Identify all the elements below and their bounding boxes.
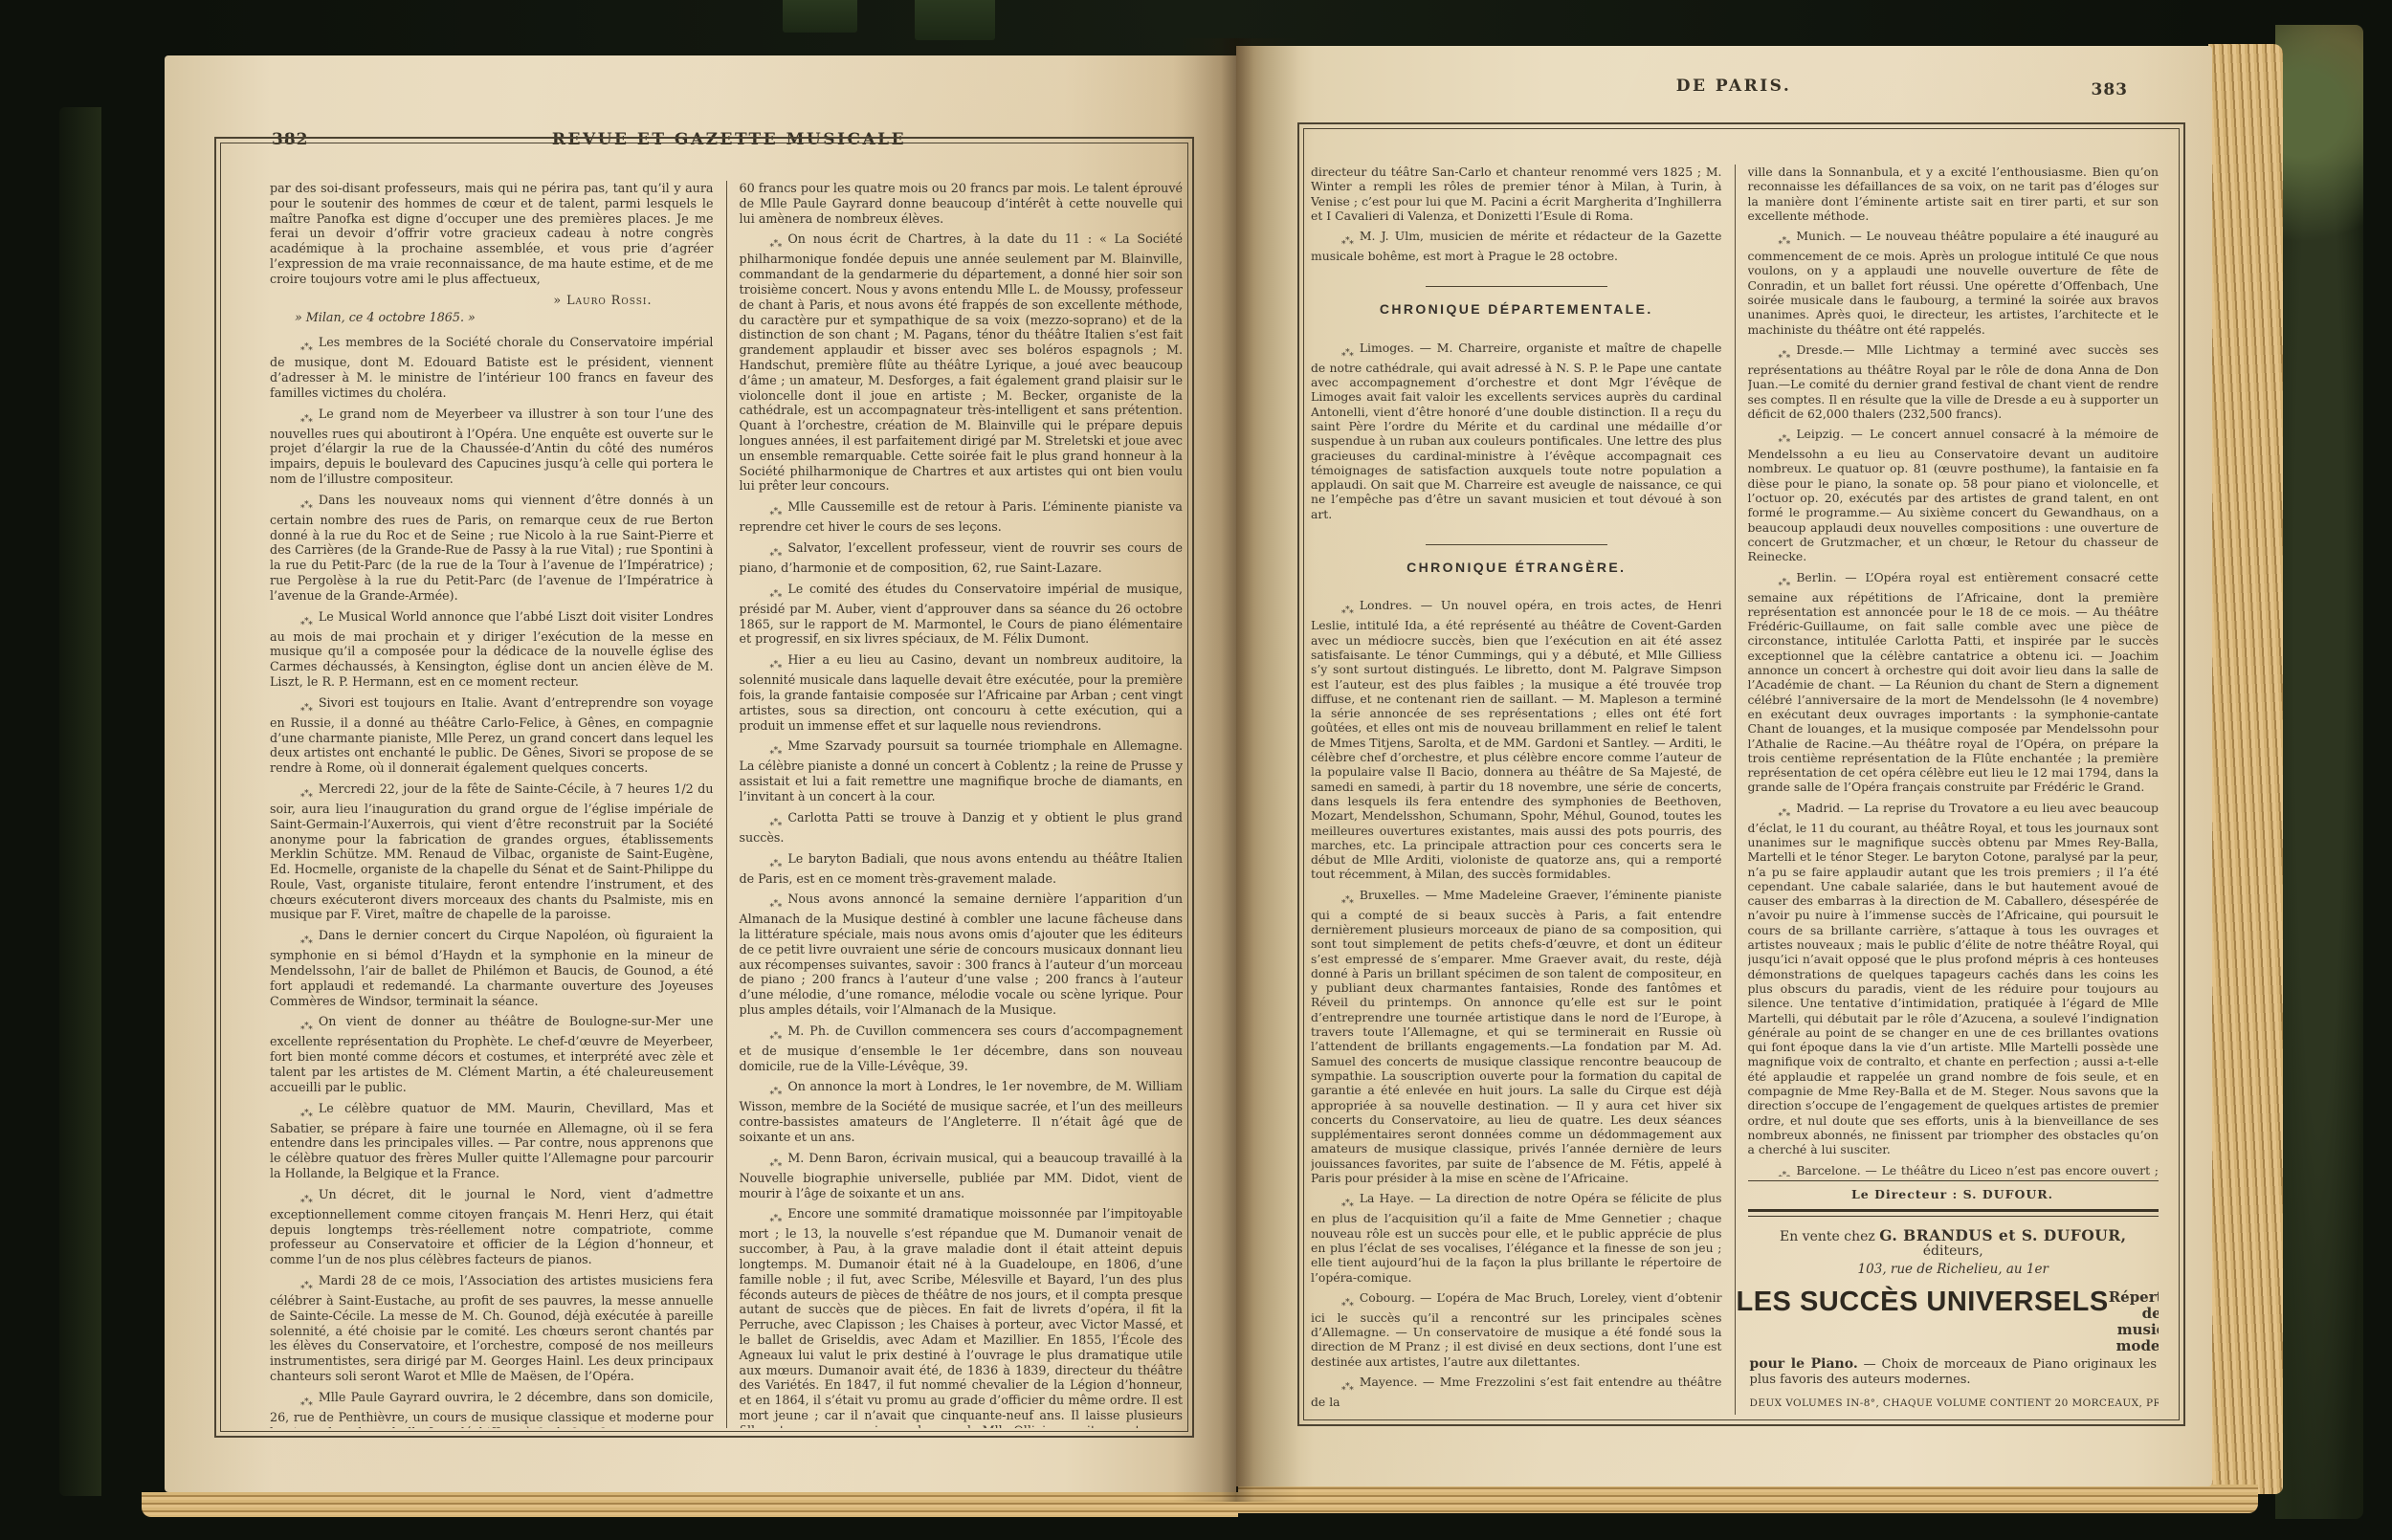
paragraph-text: directeur du téâtre San-Carlo et chanteu… (1311, 165, 1722, 223)
paragraph: ** *On nous écrit de Chartres, à la date… (740, 231, 1184, 494)
paragraph-text: M. Ph. de Cuvillon commencera ses cours … (740, 1023, 1184, 1073)
paragraph: ** *Mlle Caussemille est de retour à Par… (740, 499, 1184, 535)
paragraph: ** *La Haye. — La direction de notre Opé… (1311, 1191, 1722, 1284)
section-divider (1426, 286, 1607, 287)
right-page-column-2: ville dans la Sonnanbula, et y a excité … (1735, 165, 2159, 1415)
ad-subtitle-line2: musique moderne (2116, 1321, 2159, 1354)
right-page: DE PARIS. 383 directeur du téâtre San-Ca… (1236, 46, 2212, 1486)
imprint-and-ad: Le Directeur : S. DUFOUR. En vente chez … (1748, 1177, 2159, 1415)
ad-body-lead: pour le Piano. (1750, 1356, 1858, 1372)
paragraph: » Milan, ce 4 octobre 1865. » (270, 310, 714, 325)
ad-publisher-pre: En vente chez (1780, 1229, 1879, 1244)
ad-body: pour le Piano. — Choix de morceaux de Pi… (1750, 1356, 2158, 1388)
asterism-icon: ** * (755, 592, 784, 602)
paragraph: ** *Salvator, l’excellent professeur, vi… (740, 540, 1184, 576)
page-edges-left (96, 69, 166, 1502)
paragraph-text: Mlle Caussemille est de retour à Paris. … (740, 499, 1184, 534)
left-page-column-1: par des soi-disant professeurs, mais qui… (270, 181, 726, 1428)
paragraph-text: Le Musical World annonce que l’abbé Lisz… (270, 609, 714, 689)
paragraph: directeur du téâtre San-Carlo et chanteu… (1311, 165, 1722, 223)
ad-subtitle: Répertoire demusique moderne (2109, 1287, 2159, 1354)
asterism-icon: ** * (755, 1034, 784, 1044)
asterism-icon: ** * (285, 1024, 314, 1034)
asterism-icon: ** * (1326, 1301, 1355, 1310)
section-heading: CHRONIQUE DÉPARTEMENTALE. (1311, 302, 1722, 317)
paragraph: ** *M. J. Ulm, musicien de mérite et réd… (1311, 229, 1722, 263)
bookmark-tab (783, 0, 857, 33)
asterism-icon: ** * (1763, 239, 1792, 249)
paragraph-text: On nous écrit de Chartres, à la date du … (740, 231, 1184, 493)
paragraph: ** *Berlin. — L’Opéra royal est entièrem… (1748, 570, 2159, 795)
asterism-icon: ** * (755, 551, 784, 561)
paragraph-text: ville dans la Sonnanbula, et y a excité … (1748, 165, 2159, 223)
paragraph-text: On vient de donner au théâtre de Boulogn… (270, 1014, 714, 1093)
asterism-icon: ** * (755, 242, 784, 252)
asterism-icon: ** * (1326, 1385, 1355, 1395)
ad-publisher-names: G. BRANDUS et S. DUFOUR, (1879, 1226, 2126, 1244)
paragraph-text: Leipzig. — Le concert annuel consacré à … (1748, 427, 2159, 563)
paragraph-text: M. J. Ulm, musicien de mérite et rédacte… (1311, 229, 1722, 263)
paragraph-text: par des soi-disant professeurs, mais qui… (270, 181, 714, 286)
section-heading: CHRONIQUE ÉTRANGÈRE. (1311, 561, 1722, 575)
asterism-icon: ** * (285, 938, 314, 948)
paragraph: ** *Mardi 28 de ce mois, l’Association d… (270, 1273, 714, 1384)
paragraph-text: Mayence. — Mme Frezzolini s’est fait ent… (1311, 1375, 1722, 1409)
ad-footer: DEUX VOLUMES IN-8°, CHAQUE VOLUME CONTIE… (1750, 1396, 2158, 1411)
paragraph: 60 francs pour les quatre mois ou 20 fra… (740, 181, 1184, 226)
paragraph: ** *Le baryton Badiali, que nous avons e… (740, 851, 1184, 887)
book-cover-right (2275, 25, 2363, 1519)
paragraph-text: Un décret, dit le journal le Nord, vient… (270, 1187, 714, 1266)
paragraph-text: CHRONIQUE ÉTRANGÈRE. (1406, 560, 1626, 575)
paragraph: ** *Mme Szarvady poursuit sa tournée tri… (740, 738, 1184, 803)
journal-title-continued: DE PARIS. (1313, 77, 2155, 96)
asterism-icon: ** * (1763, 811, 1792, 821)
paragraph: ville dans la Sonnanbula, et y a excité … (1748, 165, 2159, 223)
paragraph: ** *M. Denn Baron, écrivain musical, qui… (740, 1151, 1184, 1201)
paragraph-text: Mlle Paule Gayrard ouvrira, le 2 décembr… (270, 1390, 714, 1428)
paragraph: ** *Limoges. — M. Charreire, organiste e… (1311, 341, 1722, 521)
asterism-icon: ** * (1763, 437, 1792, 447)
paragraph: ** *Hier a eu lieu au Casino, devant un … (740, 652, 1184, 733)
asterism-icon: ** * (755, 749, 784, 759)
paragraph: ** *Le Musical World annonce que l’abbé … (270, 609, 714, 690)
paragraph: ** *Le grand nom de Meyerbeer va illustr… (270, 407, 714, 487)
asterism-icon: ** * (1763, 581, 1792, 590)
paragraph-text: Encore une sommité dramatique moissonnée… (740, 1206, 1184, 1428)
asterism-icon: ** * (1326, 608, 1355, 618)
paragraph-text: Barcelone. — Le théâtre du Liceo n’est p… (1748, 1163, 2159, 1177)
asterism-icon: ** * (285, 1284, 314, 1293)
director-name: Le Directeur : S. DUFOUR. (1851, 1187, 2053, 1201)
left-page: 382 REVUE ET GAZETTE MUSICALE par des so… (165, 55, 1236, 1492)
asterism-icon: ** * (755, 902, 784, 912)
paragraph-text: Le grand nom de Meyerbeer va illustrer à… (270, 407, 714, 486)
paragraph-text: Munich. — Le nouveau théâtre populaire a… (1748, 229, 2159, 336)
asterism-icon: ** * (755, 510, 784, 519)
ad-publisher-post: éditeurs, (1923, 1243, 1983, 1259)
paragraph: ** *Mlle Paule Gayrard ouvrira, le 2 déc… (270, 1390, 714, 1428)
paragraph: ** *Madrid. — La reprise du Trovatore a … (1748, 801, 2159, 1157)
paragraph: ** *Dans le dernier concert du Cirque Na… (270, 928, 714, 1008)
rule (1748, 1180, 2159, 1181)
asterism-icon: ** * (755, 821, 784, 830)
paragraph: ** *Carlotta Patti se trouve à Danzig et… (740, 810, 1184, 846)
paragraph: ** *Le comité des études du Conservatoir… (740, 582, 1184, 647)
left-page-column-2: 60 francs pour les quatre mois ou 20 fra… (726, 181, 1184, 1428)
paragraph-text: Cobourg. — L’opéra de Mac Bruch, Loreley… (1311, 1290, 1722, 1369)
paragraph-text: Hier a eu lieu au Casino, devant un nomb… (740, 652, 1184, 732)
paragraph: ** *Les membres de la Société chorale du… (270, 335, 714, 400)
ad-subtitle-line1: Répertoire de (2109, 1288, 2159, 1322)
paragraph: ** *Sivori est toujours en Italie. Avant… (270, 695, 714, 776)
bookmark-tab (915, 0, 995, 40)
double-rule (1748, 1209, 2159, 1217)
page-edges-bottom-left (142, 1492, 1238, 1517)
advertisement: En vente chez G. BRANDUS et S. DUFOUR, é… (1748, 1228, 2159, 1415)
text-columns: par des soi-disant professeurs, mais qui… (270, 181, 1183, 1428)
asterism-icon: ** * (755, 862, 784, 871)
paragraph: ** *Londres. — Un nouvel opéra, en trois… (1311, 598, 1722, 881)
paragraph-text: Bruxelles. — Mme Madeleine Graever, l’ém… (1311, 888, 1722, 1185)
page-edges-right (2208, 44, 2283, 1494)
news-items: ville dans la Sonnanbula, et y a excité … (1748, 165, 2159, 1177)
asterism-icon: ** * (1326, 1201, 1355, 1211)
paragraph: ** *On vient de donner au théâtre de Bou… (270, 1014, 714, 1094)
ad-big-title: LES SUCCÈS UNIVERSELS (1737, 1287, 2109, 1316)
paragraph: ** *Barcelone. — Le théâtre du Liceo n’e… (1748, 1163, 2159, 1177)
paragraph: ** *Nous avons annoncé la semaine derniè… (740, 891, 1184, 1018)
paragraph-text: CHRONIQUE DÉPARTEMENTALE. (1380, 301, 1653, 317)
paragraph-text: Sivori est toujours en Italie. Avant d’e… (270, 695, 714, 775)
paragraph: ** *Dresde.— Mlle Lichtmay a terminé ave… (1748, 342, 2159, 421)
book-scan: 382 REVUE ET GAZETTE MUSICALE par des so… (0, 0, 2392, 1540)
paragraph-text: Les membres de la Société chorale du Con… (270, 335, 714, 400)
paragraph-text: Nous avons annoncé la semaine dernière l… (740, 891, 1184, 1017)
paragraph-text: Le comité des études du Conservatoire im… (740, 582, 1184, 647)
paragraph: ** *On annonce la mort à Londres, le 1er… (740, 1079, 1184, 1144)
paragraph-text: Salvator, l’excellent professeur, vient … (740, 540, 1184, 575)
paragraph: ** *Cobourg. — L’opéra de Mac Bruch, Lor… (1311, 1290, 1722, 1369)
paragraph: ** *Mercredi 22, jour de la fête de Sain… (270, 781, 714, 922)
paragraph-text: Le baryton Badiali, que nous avons enten… (740, 851, 1184, 886)
paragraph-text: M. Denn Baron, écrivain musical, qui a b… (740, 1151, 1184, 1200)
asterism-icon: ** * (755, 1217, 784, 1226)
paragraph: ** *Un décret, dit le journal le Nord, v… (270, 1187, 714, 1267)
paragraph-text: » Milan, ce 4 octobre 1865. » (295, 310, 476, 324)
paragraph: ** *Dans les nouveaux noms qui viennent … (270, 493, 714, 604)
asterism-icon: ** * (285, 792, 314, 802)
paragraph-text: Dans les nouveaux noms qui viennent d’êt… (270, 493, 714, 603)
paragraph: ** *M. Ph. de Cuvillon commencera ses co… (740, 1023, 1184, 1074)
paragraph-text: Limoges. — M. Charreire, organiste et ma… (1311, 341, 1722, 521)
asterism-icon: ** * (285, 345, 314, 355)
page-edges-bottom-right (1238, 1485, 2258, 1513)
asterism-icon: ** * (755, 1161, 784, 1171)
asterism-icon: ** * (285, 620, 314, 629)
section-divider (1426, 544, 1607, 545)
page-frame: directeur du téâtre San-Carlo et chanteu… (1297, 122, 2185, 1426)
asterism-icon: ** * (285, 1111, 314, 1121)
paragraph-text: La Haye. — La direction de notre Opéra s… (1311, 1191, 1722, 1284)
paragraph-text: Mme Szarvady poursuit sa tournée triomph… (740, 738, 1184, 803)
asterism-icon: ** * (285, 1198, 314, 1207)
paragraph-text: Madrid. — La reprise du Trovatore a eu l… (1748, 801, 2159, 1157)
ad-footer-text: DEUX VOLUMES IN-8°, CHAQUE VOLUME CONTIE… (1750, 1397, 2159, 1409)
asterism-icon: ** * (285, 417, 314, 427)
paragraph-text: » Lauro Rossi. (553, 293, 652, 307)
right-page-column-1: directeur du téâtre San-Carlo et chanteu… (1311, 165, 1735, 1415)
paragraph-text: Mardi 28 de ce mois, l’Association des a… (270, 1273, 714, 1383)
paragraph-text: Le célèbre quatuor de MM. Maurin, Chevil… (270, 1101, 714, 1180)
asterism-icon: ** * (1326, 351, 1355, 361)
paragraph: ** *Munich. — Le nouveau théâtre populai… (1748, 229, 2159, 337)
ad-address: 103, rue de Richelieu, au 1er (1750, 1263, 2158, 1277)
paragraph-text: Berlin. — L’Opéra royal est entièrement … (1748, 570, 2159, 795)
page-number: 383 (2092, 80, 2129, 99)
paragraph-text: On annonce la mort à Londres, le 1er nov… (740, 1079, 1184, 1144)
asterism-icon: ** * (755, 663, 784, 672)
paragraph-text: Carlotta Patti se trouve à Danzig et y o… (740, 810, 1184, 845)
paragraph: » Lauro Rossi. (270, 293, 714, 308)
paragraph: ** *Bruxelles. — Mme Madeleine Graever, … (1311, 888, 1722, 1186)
paragraph-text: Mercredi 22, jour de la fête de Sainte-C… (270, 781, 714, 922)
paragraph: ** *Leipzig. — Le concert annuel consacr… (1748, 427, 2159, 563)
text-columns: directeur du téâtre San-Carlo et chanteu… (1311, 165, 2159, 1415)
paragraph: ** *Encore une sommité dramatique moisso… (740, 1206, 1184, 1428)
asterism-icon: ** * (285, 1400, 314, 1410)
paragraph: ** *Le célèbre quatuor de MM. Maurin, Ch… (270, 1101, 714, 1181)
asterism-icon: ** * (755, 1089, 784, 1099)
paragraph-text: Londres. — Un nouvel opéra, en trois act… (1311, 598, 1722, 881)
asterism-icon: ** * (285, 706, 314, 715)
paragraph-text: Dans le dernier concert du Cirque Napolé… (270, 928, 714, 1007)
paragraph-text: Dresde.— Mlle Lichtmay a terminé avec su… (1748, 342, 2159, 421)
asterism-icon: ** * (285, 503, 314, 513)
paragraph: ** *Mayence. — Mme Frezzolini s’est fait… (1311, 1375, 1722, 1409)
asterism-icon: ** * (1326, 239, 1355, 249)
ad-title-row: LES SUCCÈS UNIVERSELS Répertoire demusiq… (1750, 1287, 2158, 1354)
asterism-icon: ** * (1326, 898, 1355, 908)
paragraph-text: 60 francs pour les quatre mois ou 20 fra… (740, 181, 1184, 226)
asterism-icon: ** * (1763, 353, 1792, 363)
paragraph: par des soi-disant professeurs, mais qui… (270, 181, 714, 287)
director-line: Le Directeur : S. DUFOUR. (1748, 1187, 2159, 1201)
page-frame: par des soi-disant professeurs, mais qui… (214, 137, 1194, 1438)
ad-publisher-line: En vente chez G. BRANDUS et S. DUFOUR, é… (1750, 1228, 2158, 1260)
